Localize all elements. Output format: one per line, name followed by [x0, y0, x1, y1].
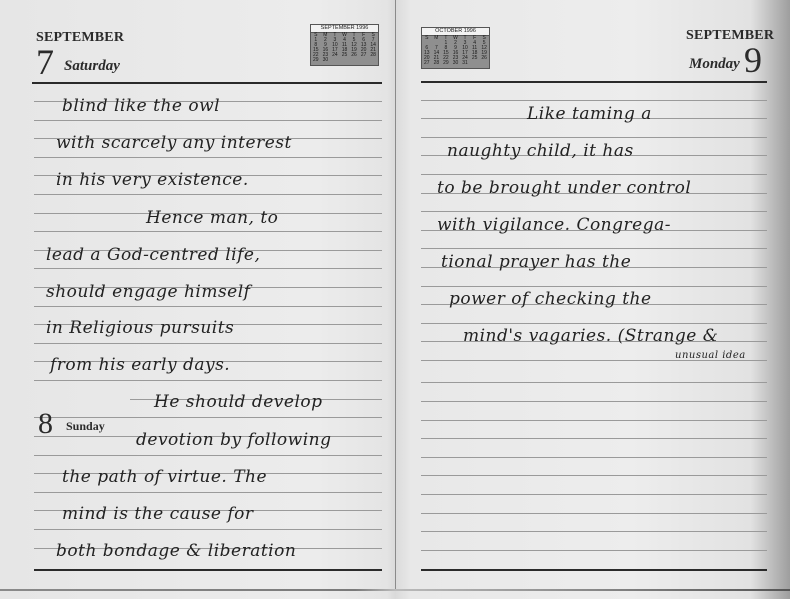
ruled-line [34, 306, 382, 307]
handwriting-line: with vigilance. Congrega- [437, 215, 671, 235]
ruled-line [34, 492, 382, 493]
ruled-line [34, 268, 382, 269]
margin-note: unusual idea [675, 350, 746, 361]
handwriting-line: He should develop [154, 392, 323, 412]
handwriting-line: power of checking the [449, 289, 652, 309]
ruled-line [421, 457, 767, 458]
ruled-line [421, 494, 767, 495]
date-cell [368, 58, 378, 63]
handwriting-line: naughty child, it has [447, 141, 634, 161]
ruled-line [421, 323, 767, 324]
day-number: 9 [744, 42, 762, 78]
ruled-line [34, 194, 382, 195]
ruled-line [421, 401, 767, 402]
date-cell [349, 58, 359, 63]
header-rule [421, 81, 767, 83]
handwriting-line: with scarcely any interest [56, 133, 292, 153]
date-cell: 28 [432, 61, 442, 66]
date-cell: 31 [460, 61, 470, 66]
mini-calendar-september: SEPTEMBER 1996 S M T W T F S 1 2 3 4 5 [310, 24, 379, 66]
handwriting-line: to be brought under control [437, 178, 691, 198]
ruled-line [421, 137, 767, 138]
ruled-line [421, 286, 767, 287]
handwriting-line: from his early days. [50, 355, 230, 375]
ruled-line [34, 417, 382, 418]
footer-rule [34, 569, 382, 571]
handwriting-line: blind like the owl [62, 96, 220, 116]
handwriting-line: devotion by following [136, 430, 331, 450]
ruled-line [421, 475, 767, 476]
date-cell [330, 58, 340, 63]
handwriting-line: Like taming a [527, 104, 652, 124]
ruled-line [34, 120, 382, 121]
date-cell: 29 [311, 58, 321, 63]
header-rule [32, 82, 382, 84]
ruled-line [34, 231, 382, 232]
day-number: 7 [36, 44, 54, 80]
date-cell: 30 [451, 61, 461, 66]
left-page: SEPTEMBER 7 Saturday SEPTEMBER 1996 S M … [0, 0, 395, 599]
date-cell: 27 [422, 61, 432, 66]
handwriting-line: mind is the cause for [62, 504, 254, 524]
ruled-line [34, 455, 382, 456]
handwriting-line: both bondage & liberation [56, 541, 296, 561]
date-cell [479, 61, 489, 66]
handwriting-line: lead a God-centred life, [46, 245, 260, 265]
book-spine [395, 0, 396, 590]
ruled-line [421, 100, 767, 101]
right-page: OCTOBER 1996 S M T W T F S 1 2 3 4 [397, 0, 790, 599]
mini-calendar-grid: S M T W T F S 1 2 3 4 5 6 7 [311, 33, 378, 63]
handwriting-line: mind's vagaries. (Strange & [463, 326, 718, 346]
ruled-line [421, 420, 767, 421]
ruled-line [34, 380, 382, 381]
footer-rule [421, 569, 767, 571]
ruled-line [421, 438, 767, 439]
second-day-name: Sunday [66, 419, 105, 434]
handwriting-line: the path of virtue. The [62, 467, 267, 487]
ruled-line [421, 513, 767, 514]
page-bottom-edge [0, 589, 790, 591]
ruled-line [34, 529, 382, 530]
ruled-line [34, 343, 382, 344]
ruled-line [421, 382, 767, 383]
date-cell [340, 58, 350, 63]
handwriting-line: in his very existence. [56, 170, 249, 190]
date-cell [470, 61, 480, 66]
ruled-line [34, 157, 382, 158]
diary-spread: SEPTEMBER 7 Saturday SEPTEMBER 1996 S M … [0, 0, 790, 599]
ruled-line [421, 550, 767, 551]
date-cell: 29 [441, 61, 451, 66]
handwriting-line: Hence man, to [146, 208, 278, 228]
ruled-line [421, 248, 767, 249]
ruled-line [421, 174, 767, 175]
day-name: Monday [689, 56, 740, 73]
handwriting-line: should engage himself [46, 282, 250, 302]
date-cell [359, 58, 369, 63]
second-day-number: 8 [38, 406, 53, 442]
mini-calendar-october: OCTOBER 1996 S M T W T F S 1 2 3 4 [421, 27, 490, 69]
mini-calendar-grid: S M T W T F S 1 2 3 4 5 [422, 36, 489, 66]
handwriting-line: tional prayer has the [441, 252, 631, 272]
ruled-line [421, 211, 767, 212]
handwriting-line: in Religious pursuits [46, 318, 234, 338]
ruled-line [421, 531, 767, 532]
date-cell: 30 [321, 58, 331, 63]
day-name: Saturday [64, 58, 120, 75]
